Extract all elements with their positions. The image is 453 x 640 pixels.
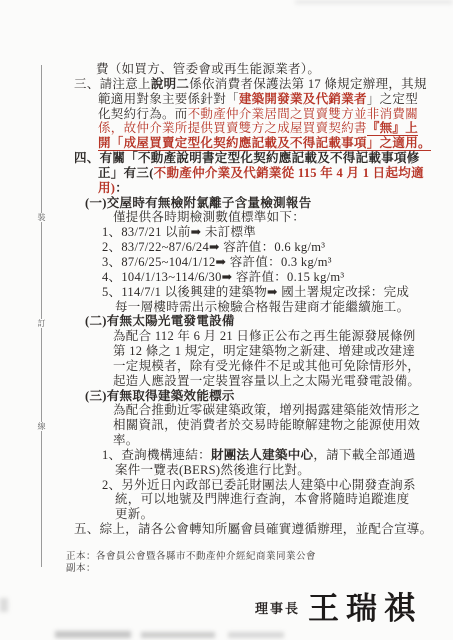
text-segment: 建築開發業及代銷業者 <box>239 92 367 106</box>
text-segment: 化契約行為。而 <box>98 107 188 121</box>
text-line: 統，可以地號及門牌進行查詢，本會將隨時追蹤進度 <box>0 492 453 507</box>
text-segment: 財團法人建築中心 <box>211 448 313 462</box>
text-line: 三、請注意上說明二係依消費者保護法第 17 條規定辦理，其規 <box>0 77 453 92</box>
text-line: 起造人應設置一定裝置容量以上之太陽光電發電設備。 <box>0 374 453 389</box>
scan-artifact-bottom-1 <box>55 631 131 638</box>
text-line: 5、114/7/1 以後興建的建築物➡ 國土署規定改採：完成 <box>0 285 453 300</box>
chairman-name-signature: 王瑞祺 <box>308 591 422 626</box>
text-line: 第 12 條之 1 規定，明定建築物之新建、增建或改建達 <box>0 344 453 359</box>
text-segment: 第 12 條之 1 規定，明定建築物之新建、增建或改建達 <box>113 344 415 358</box>
signature-block: 理事長王瑞祺 <box>255 583 445 628</box>
distribution-original-line: 正本：各會員公會暨各縣市不動產仲介經紀商業同業公會 <box>66 551 316 563</box>
text-segment: 5、114/7/1 以後興建的建築物➡ 國土署規定改採：完成 <box>102 285 409 299</box>
text-line: 4、104/1/13~114/6/30➡ 容許值：0.15 kg/m³ <box>0 270 453 285</box>
text-segment: 」之定型 <box>367 92 418 106</box>
text-segment: 1、查詢機構連結： <box>102 448 211 462</box>
text-segment: 統，可以地號及門牌進行查詢，本會將隨時追蹤進度 <box>115 492 409 506</box>
text-segment: 開「成屋買賣定型化契約應記載及不得記載事項」之適用。 <box>98 136 431 151</box>
text-line: 費（如買方、管委會或再生能源業者）。 <box>0 62 453 77</box>
text-segment: 僅提供各時期檢測數值標準如下： <box>113 210 305 224</box>
text-segment: 『無』上 <box>367 121 418 136</box>
text-segment: 每一層樓時需出示檢驗合格報告建商才能繼續施工。 <box>115 300 409 314</box>
scanned-document-page: 裝 訂 線 費（如買方、管委會或再生能源業者）。三、請注意上說明二係依消費者保護… <box>0 0 453 640</box>
text-segment: 一定規模者，除有受光條件不足或其他可免除情形外， <box>113 359 420 373</box>
text-segment: ，請下載全部通過 <box>313 448 415 462</box>
text-line: (一)交屋時有無檢附氯離子含量檢測報告 <box>0 196 453 211</box>
text-segment: 案件一覽表(BERS)然後進行比對。 <box>115 463 310 477</box>
text-line: (三)有無取得建築效能標示 <box>0 389 453 404</box>
chairman-title-label: 理事長 <box>255 601 300 616</box>
text-line: 化契約行為。而不動產仲介業居間之買賣雙方並非消費關 <box>0 107 453 122</box>
distribution-copy-line: 副本： <box>66 563 96 575</box>
text-segment: 用) <box>98 181 115 195</box>
text-segment: (三)有無取得建築效能標示 <box>85 389 235 403</box>
scan-artifact-left <box>0 598 8 612</box>
document-body: 費（如買方、管委會或再生能源業者）。三、請注意上說明二係依消費者保護法第 17 … <box>0 62 453 537</box>
scan-artifact-top <box>295 0 453 4</box>
text-segment: 更新。 <box>115 507 153 521</box>
text-line: 範適用對象主要係針對「建築開發業及代銷業者」之定型 <box>0 92 453 107</box>
text-segment: 四、有關「不動產說明書定型化契約應記載及不得記載事項修 <box>74 151 420 165</box>
text-segment: 為配合 112 年 6 月 21 日修正公布之再生能源發展條例 <box>113 329 416 343</box>
text-line: 每一層樓時需出示檢驗合格報告建商才能繼續施工。 <box>0 300 453 315</box>
text-segment: 為配合推動近零碳建築政策，增列揭露建築能效情形之 <box>113 403 420 417</box>
text-segment: 4、104/1/13~114/6/30➡ 容許值：0.15 kg/m³ <box>102 270 344 284</box>
text-line: 一定規模者，除有受光條件不足或其他可免除情形外， <box>0 359 453 374</box>
text-segment: 範適用對象主要係針對「 <box>98 92 239 106</box>
text-line: 開「成屋買賣定型化契約應記載及不得記載事項」之適用。 <box>0 136 453 151</box>
text-segment: 正」有三( <box>98 166 154 180</box>
text-line: 正」有三(不動產仲介業及代銷業從 115 年 4 月 1 日起均適 <box>0 166 453 181</box>
text-segment: 五、綜上，請各公會轉知所屬會員確實遵循辦理，並配合宣導。 <box>74 522 432 536</box>
text-line: 相關資訊，使消費者於交易時能瞭解建物之能源使用效 <box>0 418 453 433</box>
text-line: 1、83/7/21 以前➡ 未訂標準 <box>0 225 453 240</box>
scan-artifact-bottom-2 <box>141 632 215 638</box>
text-line: 為配合 112 年 6 月 21 日修正公布之再生能源發展條例 <box>0 329 453 344</box>
text-segment: 說明二 <box>151 77 189 91</box>
text-line: 更新。 <box>0 507 453 522</box>
text-segment: 相關資訊，使消費者於交易時能瞭解建物之能源使用效 <box>113 418 420 432</box>
text-segment: (二)有無太陽光電發電設備 <box>85 314 235 328</box>
text-line: 3、87/6/25~104/1/12➡ 容許值：0.3 kg/m³ <box>0 255 453 270</box>
text-line: 率。 <box>0 433 453 448</box>
text-line: 五、綜上，請各公會轉知所屬會員確實遵循辦理，並配合宣導。 <box>0 522 453 537</box>
text-segment: ： <box>115 181 128 195</box>
text-segment: 不動產仲介業及代銷業從 115 年 4 月 1 日起均適 <box>154 166 424 180</box>
text-line: (二)有無太陽光電發電設備 <box>0 314 453 329</box>
text-line: 為配合推動近零碳建築政策，增列揭露建築能效情形之 <box>0 403 453 418</box>
text-segment: (一)交屋時有無檢附氯離子含量檢測報告 <box>85 196 312 210</box>
text-segment: 不動產仲介業居間之買賣雙方並非消費關 <box>188 107 418 121</box>
text-line: 1、查詢機構連結：財團法人建築中心，請下載全部通過 <box>0 448 453 463</box>
text-segment: 2、另外近日內政部已委託財團法人建築中心開發查詢系 <box>102 478 416 492</box>
text-segment: 率。 <box>113 433 139 447</box>
text-line: 2、另外近日內政部已委託財團法人建築中心開發查詢系 <box>0 478 453 493</box>
text-segment: 三、請注意上 <box>74 77 151 91</box>
text-segment: 費（如買方、管委會或再生能源業者）。 <box>96 62 320 76</box>
text-line: 僅提供各時期檢測數值標準如下： <box>0 210 453 225</box>
text-segment: 係依消費者保護法第 17 條規定辦理，其規 <box>189 77 427 91</box>
text-line: 係，故仲介業所提供買賣雙方之成屋買賣契約書『無』上 <box>0 121 453 136</box>
text-segment: 1、83/7/21 以前➡ 未訂標準 <box>102 225 256 239</box>
scan-artifact-bottom-3 <box>228 632 284 638</box>
text-line: 用)： <box>0 181 453 196</box>
text-segment: 係，故仲介業所提供買賣雙方之成屋買賣契約書 <box>98 121 367 135</box>
text-segment: 2、83/7/22~87/6/24➡ 容許值：0.6 kg/m³ <box>102 240 325 254</box>
text-line: 四、有關「不動產說明書定型化契約應記載及不得記載事項修 <box>0 151 453 166</box>
text-segment: 起造人應設置一定裝置容量以上之太陽光電發電設備。 <box>113 374 420 388</box>
text-line: 2、83/7/22~87/6/24➡ 容許值：0.6 kg/m³ <box>0 240 453 255</box>
text-line: 案件一覽表(BERS)然後進行比對。 <box>0 463 453 478</box>
text-segment: 3、87/6/25~104/1/12➡ 容許值：0.3 kg/m³ <box>102 255 332 269</box>
